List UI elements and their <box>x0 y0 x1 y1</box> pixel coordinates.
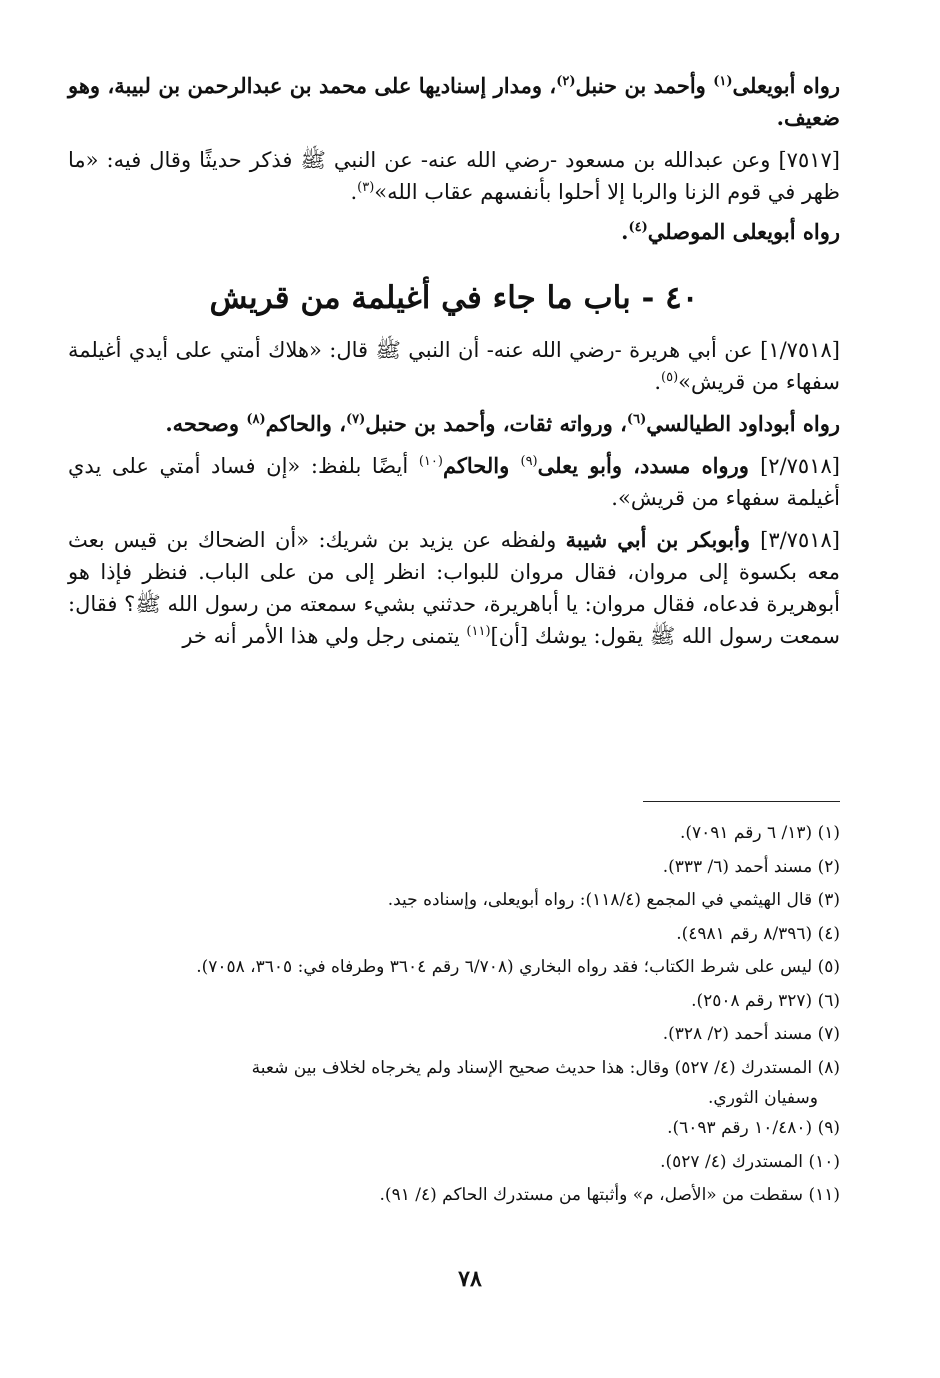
footnote-ref-2[interactable]: (٢) <box>556 74 575 89</box>
hadith-number: [١/٧٥١٨] <box>760 338 840 362</box>
footnote-ref-7[interactable]: (٧) <box>346 412 365 427</box>
footnote-ref-5[interactable]: (٥) <box>661 370 678 385</box>
hadith-number: [٢/٧٥١٨] <box>760 454 840 478</box>
footnote-7: (٧) مسند أحمد (٢/ ٣٢٨). <box>68 1018 840 1052</box>
chapter-heading: ٤٠ - باب ما جاء في أغيلمة من قريش <box>68 276 840 320</box>
hadith-number: [٣/٧٥١٨] <box>760 528 840 552</box>
footnote-ref-9[interactable]: (٩) <box>520 454 537 469</box>
footnote-11: (١١) سقطت من «الأصل، م» وأثبتها من مستدر… <box>68 1179 840 1213</box>
footnote-ref-1[interactable]: (١) <box>713 74 732 89</box>
footnote-ref-10[interactable]: (١٠) <box>419 454 443 469</box>
hadith-7518-1: [١/٧٥١٨] عن أبي هريرة -رضي الله عنه- أن … <box>68 334 840 398</box>
narration-7518-1: رواه أبوداود الطيالسي(٦)، ورواته ثقات، و… <box>68 408 840 440</box>
paragraph-narration-1: رواه أبويعلى(١) وأحمد بن حنبل(٢)، ومدار … <box>68 70 840 134</box>
page-body: رواه أبويعلى(١) وأحمد بن حنبل(٢)، ومدار … <box>68 70 840 652</box>
footnote-ref-4[interactable]: (٤) <box>628 220 647 235</box>
footnote-4: (٤) (٨/٣٩٦ رقم ٤٩٨١). <box>68 918 840 952</box>
footnote-5: (٥) ليس على شرط الكتاب؛ فقد رواه البخاري… <box>68 951 840 985</box>
footnote-ref-6[interactable]: (٦) <box>627 412 646 427</box>
narration-7517: رواه أبويعلى الموصلي(٤). <box>68 216 840 248</box>
footnote-ref-11[interactable]: (١١) <box>466 624 490 639</box>
footnote-separator <box>643 801 840 802</box>
footnotes: (١) (١٣/ ٦ رقم ٧٠٩١). (٢) مسند أحمد (٦/ … <box>68 817 840 1213</box>
footnote-ref-3[interactable]: (٣) <box>357 180 374 195</box>
hadith-7517: [٧٥١٧] وعن عبدالله بن مسعود -رضي الله عن… <box>68 144 840 208</box>
footnote-3: (٣) قال الهيثمي في المجمع (١١٨/٤): رواه … <box>68 884 840 918</box>
page-number: ٧٨ <box>0 1266 940 1292</box>
footnote-9: (٩) (١٠/٤٨٠ رقم ٦٠٩٣). <box>68 1112 840 1146</box>
footnote-ref-8[interactable]: (٨) <box>246 412 265 427</box>
footnote-10: (١٠) المستدرك (٤/ ٥٢٧). <box>68 1146 840 1180</box>
hadith-number: [٧٥١٧] <box>778 148 840 172</box>
footnote-2: (٢) مسند أحمد (٦/ ٣٣٣). <box>68 851 840 885</box>
footnote-6: (٦) (٣٢٧ رقم ٢٥٠٨). <box>68 985 840 1019</box>
hadith-7518-2: [٢/٧٥١٨] ورواه مسدد، وأبو يعلى(٩) والحاك… <box>68 450 840 514</box>
hadith-7518-3: [٣/٧٥١٨] وأبوبكر بن أبي شيبة ولفظه عن يز… <box>68 524 840 652</box>
footnote-8: (٨) المستدرك (٤/ ٥٢٧) وقال: هذا حديث صحي… <box>68 1052 840 1113</box>
footnote-1: (١) (١٣/ ٦ رقم ٧٠٩١). <box>68 817 840 851</box>
